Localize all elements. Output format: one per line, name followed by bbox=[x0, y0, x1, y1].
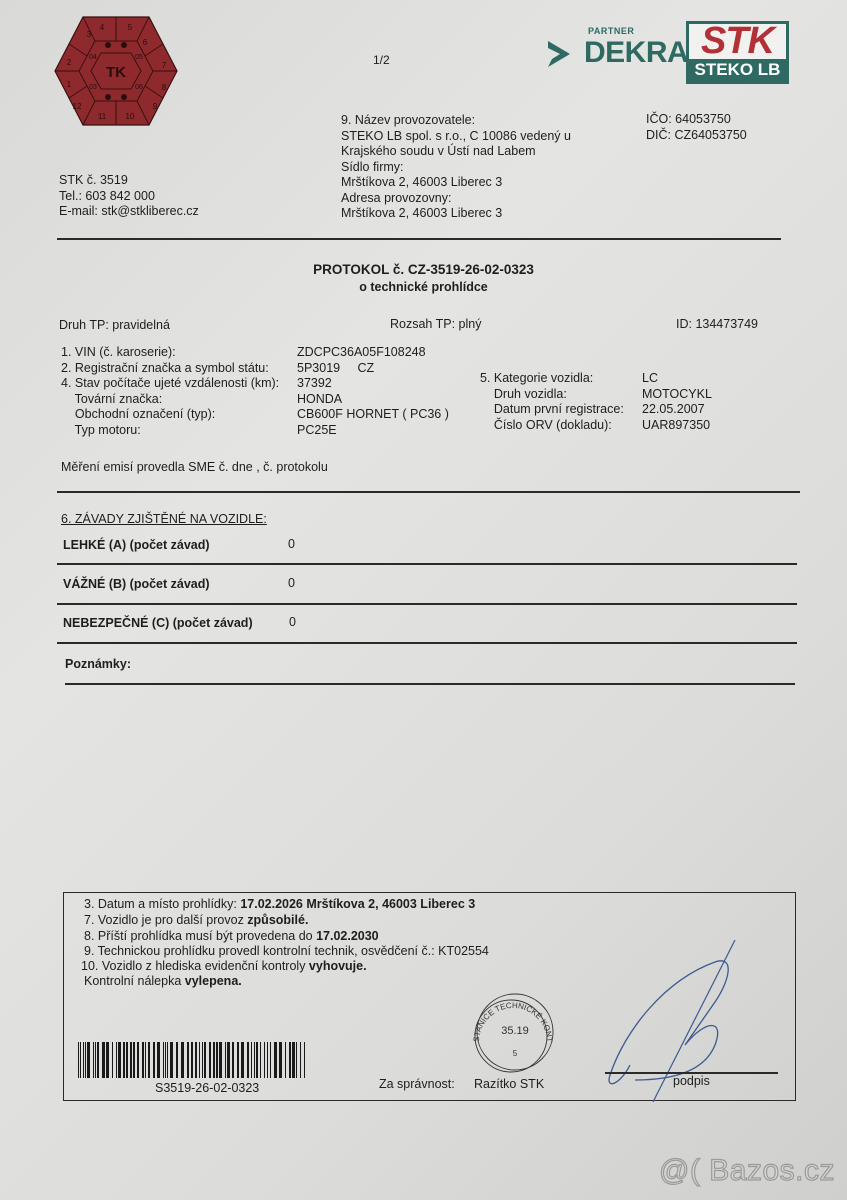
vehicle-field-label: Tovární značka: bbox=[61, 392, 162, 408]
bazos-watermark: @( Bazos.cz bbox=[659, 1154, 835, 1188]
vehicle-field-value: UAR897350 bbox=[642, 418, 710, 434]
operator-line: Mrštíkova 2, 46003 Liberec 3 bbox=[341, 206, 571, 222]
dekra-partner-text: PARTNER bbox=[588, 26, 634, 36]
defect-serious-count: 0 bbox=[288, 576, 295, 592]
defect-divider bbox=[57, 603, 797, 605]
dekra-arrow-icon bbox=[546, 39, 572, 69]
protocol-heading: PROTOKOL č. CZ-3519-26-02-0323 o technic… bbox=[0, 262, 847, 294]
emissions-note: Měření emisí provedla SME č. dne , č. pr… bbox=[61, 460, 328, 476]
vehicle-field-label: 5. Kategorie vozidla: bbox=[480, 371, 593, 387]
svg-text:2: 2 bbox=[67, 58, 72, 67]
station-contact: STK č. 3519 Tel.: 603 842 000 E-mail: st… bbox=[59, 173, 199, 220]
svg-text:05: 05 bbox=[135, 54, 143, 61]
svg-text:1: 1 bbox=[67, 80, 72, 89]
stk-logo-title: STK bbox=[689, 20, 786, 63]
vehicle-field-value: HONDA bbox=[297, 392, 342, 408]
vehicle-field-label: Číslo ORV (dokladu): bbox=[480, 418, 612, 434]
svg-text:8: 8 bbox=[162, 83, 167, 92]
summary-technician: 9. Technickou prohlídku provedl kontroln… bbox=[84, 944, 489, 960]
vehicle-field-value: 5P3019 CZ bbox=[297, 361, 374, 377]
inspection-type: Druh TP: pravidelná bbox=[59, 318, 170, 334]
defect-light-label: LEHKÉ (A) (počet závad) bbox=[63, 538, 210, 552]
svg-text:03: 03 bbox=[89, 84, 97, 91]
summary-fitness: 7. Vozidlo je pro další provoz způsobilé… bbox=[84, 913, 308, 929]
dekra-name: DEKRA bbox=[584, 36, 688, 70]
vehicle-field-value: CB600F HORNET ( PC36 ) bbox=[297, 407, 449, 423]
operator-line: Mrštíkova 2, 46003 Liberec 3 bbox=[341, 175, 571, 191]
operator-line: Sídlo firmy: bbox=[341, 160, 571, 176]
razitko-label: Razítko STK bbox=[474, 1077, 544, 1093]
vehicle-field-label: 1. VIN (č. karoserie): bbox=[61, 345, 176, 361]
vehicle-field-value: MOTOCYKL bbox=[642, 387, 712, 403]
vehicle-field-value: ZDCPC36A05F108248 bbox=[297, 345, 426, 361]
vehicle-field-label: 2. Registrační značka a symbol státu: bbox=[61, 361, 269, 377]
svg-text:12: 12 bbox=[73, 102, 82, 111]
summary-registration-check: 10. Vozidlo z hlediska evidenční kontrol… bbox=[81, 959, 367, 975]
summary-date-place: 3. Datum a místo prohlídky: 17.02.2026 M… bbox=[84, 897, 475, 913]
vehicle-field-label: 4. Stav počítače ujeté vzdálenosti (km): bbox=[61, 376, 279, 392]
defect-divider bbox=[57, 642, 797, 644]
defects-heading: 6. ZÁVADY ZJIŠTĚNÉ NA VOZIDLE: bbox=[61, 512, 267, 528]
defect-dangerous-count: 0 bbox=[289, 615, 296, 631]
stk-steko-logo: STK STEKO LB bbox=[686, 21, 789, 84]
vehicle-field-label: Druh vozidla: bbox=[480, 387, 567, 403]
svg-text:06: 06 bbox=[135, 84, 143, 91]
tax-ids: IČO: 64053750 DIČ: CZ64053750 bbox=[646, 112, 747, 143]
svg-text:9: 9 bbox=[153, 102, 158, 111]
defect-dangerous-label: NEBEZPEČNÉ (C) (počet závad) bbox=[63, 616, 253, 630]
stk-logo-subtitle: STEKO LB bbox=[689, 59, 786, 81]
station-number: STK č. 3519 bbox=[59, 173, 199, 189]
operator-line: Adresa provozovny: bbox=[341, 191, 571, 207]
summary-next-inspection: 8. Příští prohlídka musí být provedena d… bbox=[84, 929, 379, 945]
barcode bbox=[78, 1042, 308, 1078]
vehicle-field-value: PC25E bbox=[297, 423, 337, 439]
protocol-id: ID: 134473749 bbox=[676, 317, 758, 333]
svg-text:6: 6 bbox=[143, 38, 148, 47]
svg-text:3: 3 bbox=[87, 30, 92, 39]
vehicle-field-label: Typ motoru: bbox=[61, 423, 141, 439]
vehicle-field-value: 37392 bbox=[297, 376, 332, 392]
vehicle-field-label: Obchodní označení (typ): bbox=[61, 407, 215, 423]
vehicle-field-label: Datum první registrace: bbox=[480, 402, 624, 418]
svg-text:11: 11 bbox=[98, 112, 107, 121]
svg-text:5: 5 bbox=[513, 1049, 518, 1058]
svg-text:4: 4 bbox=[100, 23, 105, 32]
ico: IČO: 64053750 bbox=[646, 112, 747, 128]
inspection-scope: Rozsah TP: plný bbox=[390, 317, 481, 333]
summary-sticker: Kontrolní nálepka vylepena. bbox=[84, 974, 242, 990]
station-email[interactable]: E-mail: stk@stkliberec.cz bbox=[59, 204, 199, 220]
operator-line: Krajského soudu v Ústí nad Labem bbox=[341, 144, 571, 160]
svg-text:35.19: 35.19 bbox=[501, 1025, 529, 1037]
defect-light-count: 0 bbox=[288, 537, 295, 553]
operator-line: 9. Název provozovatele: bbox=[341, 113, 571, 129]
page-number: 1/2 bbox=[373, 53, 390, 67]
operator-info: 9. Název provozovatele: STEKO LB spol. s… bbox=[341, 113, 571, 222]
svg-text:7: 7 bbox=[162, 61, 167, 70]
dic: DIČ: CZ64053750 bbox=[646, 128, 747, 144]
stk-stamp: STANICE TECHNICKÉ KONTROLY 35.19 5 bbox=[465, 992, 561, 1074]
za-spravnost-label: Za správnost: bbox=[379, 1077, 455, 1093]
svg-text:TK: TK bbox=[106, 64, 126, 81]
protocol-subtitle: o technické prohlídce bbox=[0, 280, 847, 294]
svg-text:5: 5 bbox=[128, 23, 133, 32]
notes-label: Poznámky: bbox=[65, 657, 131, 671]
emissions-divider bbox=[57, 491, 800, 493]
vehicle-field-value: 22.05.2007 bbox=[642, 402, 705, 418]
protocol-title: PROTOKOL č. CZ-3519-26-02-0323 bbox=[0, 262, 847, 277]
dekra-partner-logo: PARTNER DEKRA bbox=[544, 24, 674, 76]
signature-label: podpis bbox=[673, 1074, 710, 1090]
header-divider bbox=[57, 238, 781, 240]
svg-text:04: 04 bbox=[89, 54, 97, 61]
svg-text:10: 10 bbox=[126, 112, 135, 121]
operator-line: STEKO LB spol. s r.o., C 10086 vedený u bbox=[341, 129, 571, 145]
vehicle-field-value: LC bbox=[642, 371, 658, 387]
defect-divider bbox=[57, 563, 797, 565]
defect-serious-label: VÁŽNÉ (B) (počet závad) bbox=[63, 577, 210, 591]
tk-hexagon-badge: TK 45 36 27 18 129 1110 0405 0306 bbox=[53, 15, 179, 127]
barcode-text: S3519-26-02-0323 bbox=[155, 1081, 259, 1097]
notes-divider bbox=[65, 683, 795, 685]
station-phone: Tel.: 603 842 000 bbox=[59, 189, 199, 205]
